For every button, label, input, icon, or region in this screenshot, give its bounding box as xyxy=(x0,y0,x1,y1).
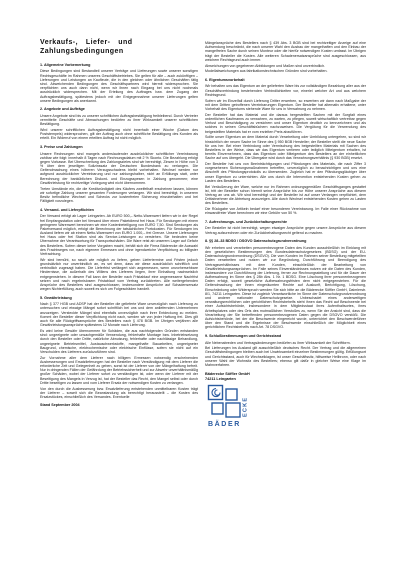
page-title-line1: Verkaufs-, Liefer- und xyxy=(40,39,200,48)
signature-block: Bäderecke Söffler GmbH74211 Leingarten xyxy=(205,372,366,381)
section: 4. Versand- und LieferpflichtenDer Versa… xyxy=(40,208,198,291)
svg-text:BÄDER: BÄDER xyxy=(208,420,241,428)
paragraph: Zur Vornahme aller dem Lieferer nach bil… xyxy=(40,356,198,385)
paragraph: Wird unserer schriftlichen Auftragsbestä… xyxy=(40,128,198,141)
section-heading: 8. §§ 28–33 BDSG / DSGVO Datenschutzgrun… xyxy=(205,239,366,243)
paragraph: Unsere Rechnungen sind mangels anderslau… xyxy=(40,152,198,186)
section: 7. Aufrechnungs- und Zurückbehaltungsrec… xyxy=(205,220,366,235)
section: Mängelansprüche des Bestellers nach § 43… xyxy=(205,41,366,74)
section: 8. §§ 28–33 BDSG / DSGVO Datenschutzgrun… xyxy=(205,239,366,329)
section: 2. Angebote und AufträgeUnsere Angebote … xyxy=(40,107,198,140)
right-column: Mängelansprüche des Bestellers nach § 43… xyxy=(205,41,366,436)
paragraph: Der Besteller hat uns von Beeinträchtigu… xyxy=(205,162,366,183)
section-heading: 5. Gewährleistung xyxy=(40,296,198,300)
baederecke-logo-icon: BÄDERECKE xyxy=(207,384,366,435)
paragraph: Von den durch die Ausbesserung bzw. Ersa… xyxy=(40,387,198,400)
paragraph: Alle Nebenabreden und Vertragsänderungen… xyxy=(205,341,366,345)
page-title: Verkaufs-, Liefer- und Zahlungsbedingung… xyxy=(40,39,200,56)
svg-text:ECKE: ECKE xyxy=(243,397,249,417)
left-column: 1. Allgemeine VorbemerkungDiese Bedingun… xyxy=(40,63,198,407)
paragraph: Unsere Angebote sind bis zu unserer schr… xyxy=(40,114,198,127)
section-heading: 7. Aufrechnungs- und Zurückbehaltungsrec… xyxy=(205,220,366,224)
paragraph: Der Besteller ist nicht berechtigt, wege… xyxy=(205,226,366,234)
section-heading: 6. Eigentumsvorbehalt xyxy=(205,78,366,82)
page-title-line2: Zahlungsbedingungen xyxy=(40,48,200,57)
signature-city: 74211 Leingarten xyxy=(205,377,366,382)
section: 3. Preise und ZahlungenUnsere Rechnungen… xyxy=(40,145,198,203)
revision-date: Stand September 2004 xyxy=(40,403,198,407)
paragraph: Wir behalten uns das Eigentum an der gel… xyxy=(205,84,366,97)
paragraph: Bei Veräußerung der Ware, welche nur im … xyxy=(205,185,366,206)
section: 1. Allgemeine VorbemerkungDiese Bedingun… xyxy=(40,63,198,103)
section: 5. GewährleistungNach § 377 HGB und ADSP… xyxy=(40,296,198,399)
paragraph: Sofern wir im Einzelfall durch Lieferung… xyxy=(205,99,366,112)
paragraph: Es wird keine Gewähr übernommen für Schä… xyxy=(40,329,198,354)
section-heading: 9. Schlußbestimmungen und Gerichtsstand xyxy=(205,334,366,338)
paragraph: Nach § 377 HGB und ADSP hat der Bestelle… xyxy=(40,302,198,327)
paragraph: Der Besteller hat das Material und die d… xyxy=(205,113,366,134)
paragraph: Diese Bedingungen sind Bestandteil unser… xyxy=(40,69,198,103)
paragraph: Treten Umstände ein, die die Kreditwürdi… xyxy=(40,187,198,204)
section-heading: 2. Angebote und Aufträge xyxy=(40,107,198,111)
paragraph: Wir sind bemüht, so rasch wie möglich zu… xyxy=(40,258,198,292)
paragraph: Mängelansprüche des Bestellers nach § 43… xyxy=(205,41,366,62)
document-page: Verkaufs-, Liefer- und Zahlungsbedingung… xyxy=(0,0,400,566)
paragraph: Modellabweichungen aus fabrikationstechn… xyxy=(205,69,366,73)
paragraph: Der Versand erfolgt ab Lager Leingarten.… xyxy=(40,214,198,256)
paragraph: Sollte unser Eigentum an dem Material du… xyxy=(205,135,366,160)
paragraph: Die Rückgabe von Artikeln bedarf einer b… xyxy=(205,207,366,215)
section-heading: 4. Versand- und Lieferpflichten xyxy=(40,208,198,212)
section-heading: 3. Preise und Zahlungen xyxy=(40,145,198,149)
section: 6. EigentumsvorbehaltWir behalten uns da… xyxy=(205,78,366,215)
paragraph: Abweichungen von gegebenen Abbildungen u… xyxy=(205,64,366,68)
section: 9. Schlußbestimmungen und GerichtsstandA… xyxy=(205,334,366,367)
paragraph: Wir erheben und verarbeiten personenbezo… xyxy=(205,246,366,330)
paragraph: Bei Lieferungen ins Ausland gilt ausschl… xyxy=(205,346,366,367)
section-heading: 1. Allgemeine Vorbemerkung xyxy=(40,63,198,67)
